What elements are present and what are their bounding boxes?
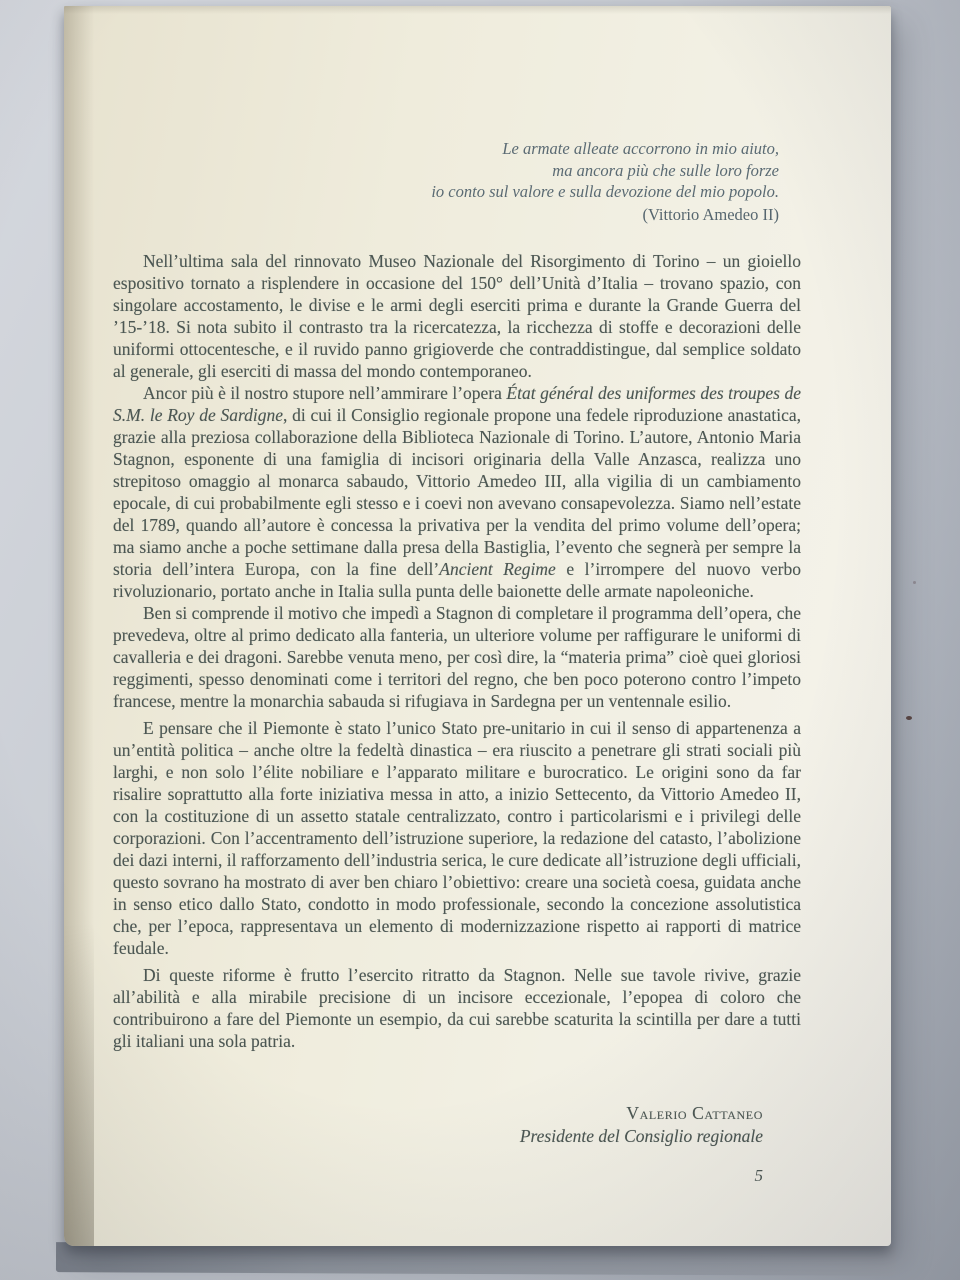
epigraph-line: Le armate alleate accorrono in mio aiuto… [431, 138, 779, 160]
text-run: Ancor più è il nostro stupore nell’ammir… [143, 383, 506, 403]
signature-name: Valerio Cattaneo [520, 1102, 763, 1125]
book-page-photo: Le armate alleate accorrono in mio aiuto… [0, 0, 960, 1280]
epigraph-line: io conto sul valore e sulla devozione de… [431, 181, 779, 203]
epigraph: Le armate alleate accorrono in mio aiuto… [431, 138, 779, 225]
page-top-shadow [64, 6, 891, 14]
epigraph-line: ma ancora più che sulle loro forze [431, 160, 779, 182]
body-text: Nell’ultima sala del rinnovato Museo Naz… [113, 250, 801, 1052]
paragraph: Ben si comprende il motivo che impedì a … [113, 602, 801, 712]
text-run: Ben si comprende il motivo che impedì a … [113, 603, 801, 711]
paragraph: E pensare che il Piemonte è stato l’unic… [113, 717, 801, 959]
dust-speck [906, 716, 912, 720]
italic-text-run: Ancient Regime [439, 559, 556, 579]
page-spine-shadow [64, 6, 94, 1246]
text-run: Nell’ultima sala del rinnovato Museo Naz… [113, 251, 801, 381]
book-page: Le armate alleate accorrono in mio aiuto… [64, 6, 891, 1246]
dust-speck [913, 581, 916, 584]
page-number: 5 [755, 1166, 764, 1186]
text-run: , di cui il Consiglio regionale propone … [113, 405, 801, 579]
signature-title: Presidente del Consiglio regionale [520, 1125, 763, 1148]
paragraph: Di queste riforme è frutto l’esercito ri… [113, 964, 801, 1052]
paragraph: Ancor più è il nostro stupore nell’ammir… [113, 382, 801, 602]
signature-block: Valerio Cattaneo Presidente del Consigli… [520, 1102, 763, 1148]
text-run: Di queste riforme è frutto l’esercito ri… [113, 965, 801, 1051]
paragraph: Nell’ultima sala del rinnovato Museo Naz… [113, 250, 801, 382]
epigraph-attribution: (Vittorio Amedeo II) [431, 204, 779, 226]
text-run: E pensare che il Piemonte è stato l’unic… [113, 718, 801, 958]
book-underpages-edge [56, 1242, 896, 1276]
